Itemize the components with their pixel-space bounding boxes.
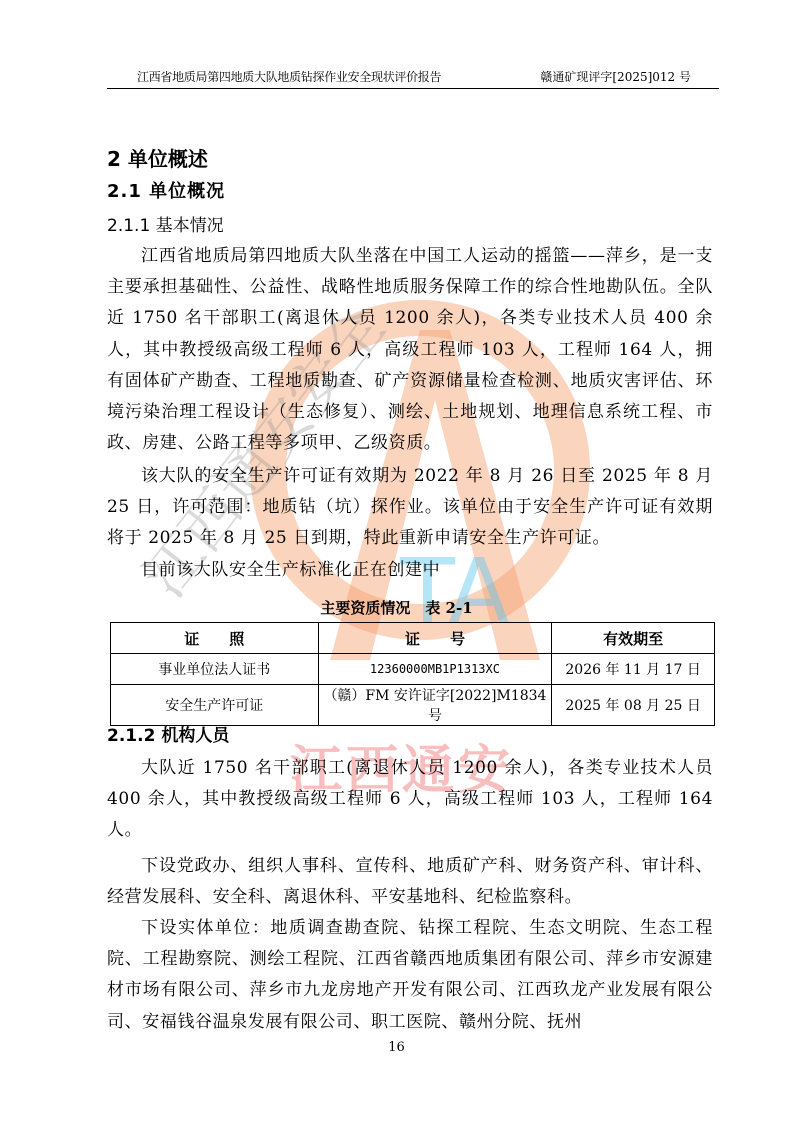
cell-number: 12360000MB1P1313XC bbox=[318, 654, 552, 685]
cell-certificate: 事业单位法人证书 bbox=[111, 654, 319, 685]
cell-valid-until: 2026 年 11 月 17 日 bbox=[552, 654, 715, 685]
document-page: TA 江西通安安全 江西通安 江西省地质局第四地质大队地质钻探作业安全现状评价报… bbox=[0, 0, 793, 1122]
paragraph-standardization: 目前该大队安全生产标准化正在创建中 bbox=[107, 555, 713, 586]
paragraph-departments: 下设党政办、组织人事科、宣传科、地质矿产科、财务资产科、审计科、经营发展科、安全… bbox=[107, 851, 713, 913]
cell-valid-until: 2025 年 08 月 25 日 bbox=[552, 685, 715, 726]
paragraph-subsidiaries: 下设实体单位：地质调查勘查院、钻探工程院、生态文明院、生态工程院、工程勘察院、测… bbox=[107, 913, 713, 1038]
cell-number: （赣）FM 安许证字[2022]M1834 号 bbox=[318, 685, 552, 726]
section-heading: 2.1 单位概况 bbox=[107, 177, 225, 203]
chapter-heading: 2 单位概述 bbox=[107, 143, 208, 172]
table-row: 安全生产许可证 （赣）FM 安许证字[2022]M1834 号 2025 年 0… bbox=[111, 685, 715, 726]
column-header-valid-until: 有效期至 bbox=[552, 623, 715, 654]
qualifications-table: 证 照 证 号 有效期至 事业单位法人证书 12360000MB1P1313XC… bbox=[110, 622, 715, 726]
paragraph-intro: 江西省地质局第四地质大队坐落在中国工人运动的摇篮——萍乡，是一支主要承担基础性、… bbox=[107, 241, 713, 459]
subsection-heading-basic: 2.1.1 基本情况 bbox=[107, 211, 224, 236]
page-header: 江西省地质局第四地质大队地质钻探作业安全现状评价报告 赣通矿现评字[2025]0… bbox=[107, 68, 719, 89]
paragraph-license: 该大队的安全生产许可证有效期为 2022 年 8 月 26 日至 2025 年 … bbox=[107, 461, 713, 555]
column-header-number: 证 号 bbox=[318, 623, 552, 654]
page-number: 16 bbox=[0, 1040, 793, 1055]
table-caption: 主要资质情况 表 2-1 bbox=[0, 597, 793, 618]
document-number: 赣通矿现评字[2025]012 号 bbox=[540, 68, 691, 86]
cell-certificate: 安全生产许可证 bbox=[111, 685, 319, 726]
report-title: 江西省地质局第四地质大队地质钻探作业安全现状评价报告 bbox=[137, 68, 441, 86]
paragraph-staff: 大队近 1750 名干部职工(离退休人员 1200 余人)，各类专业技术人员 4… bbox=[107, 753, 713, 847]
subsection-heading-staff: 2.1.2 机构人员 bbox=[107, 721, 229, 746]
table-row: 事业单位法人证书 12360000MB1P1313XC 2026 年 11 月 … bbox=[111, 654, 715, 685]
column-header-certificate: 证 照 bbox=[111, 623, 319, 654]
table-header-row: 证 照 证 号 有效期至 bbox=[111, 623, 715, 654]
